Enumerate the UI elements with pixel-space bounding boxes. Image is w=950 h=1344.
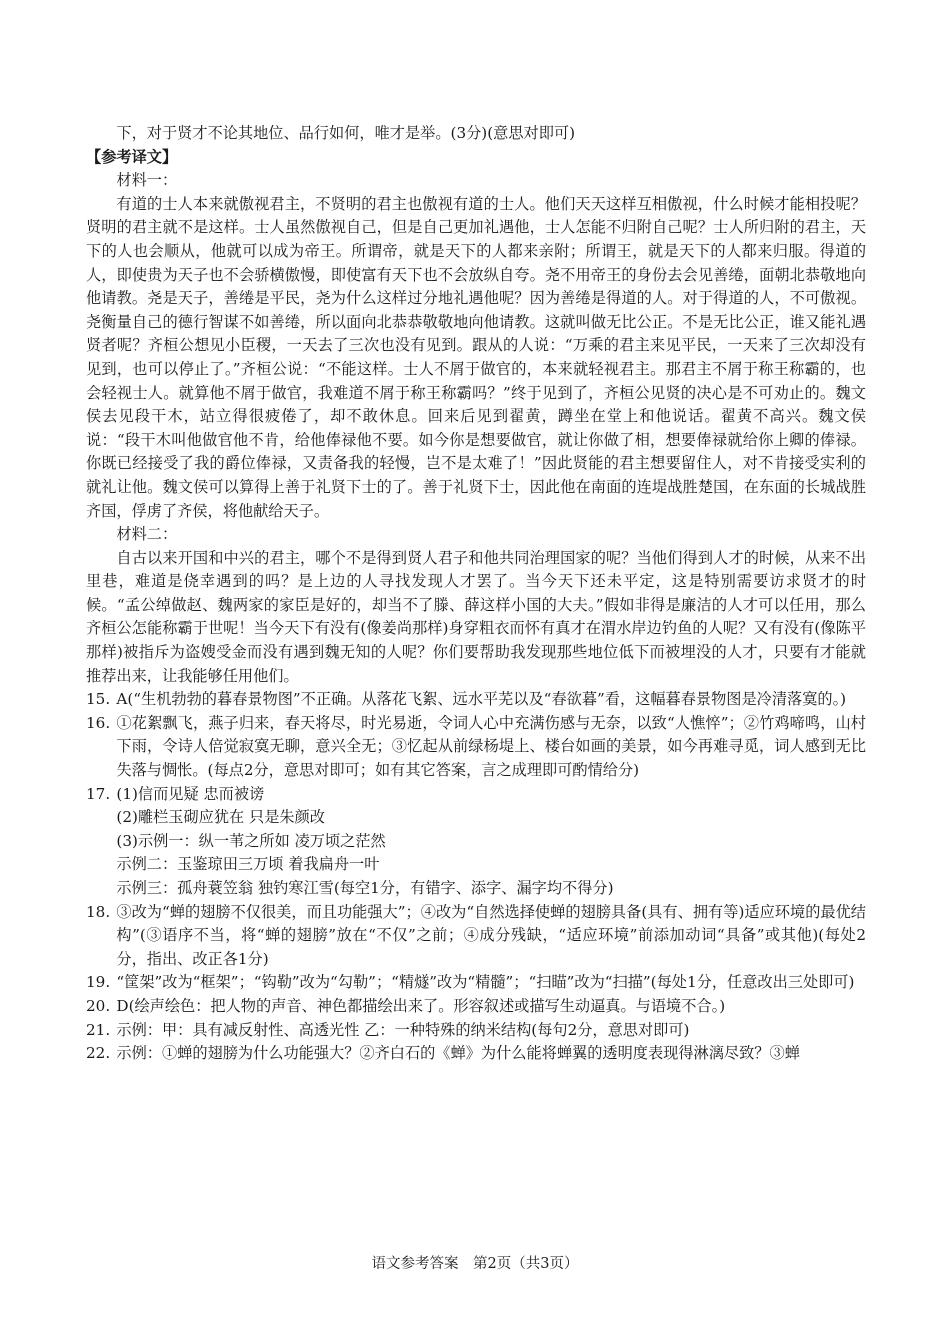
answer-17-example-2: 示例二：玉鉴琼田三万顷 着我扁舟一叶 [86, 853, 866, 877]
page-footer: 语文参考答案 第2页（共3页） [0, 1252, 950, 1273]
answer-22: 22.示例：①蝉的翅膀为什么功能强大？②齐白石的《蝉》为什么能将蝉翼的透明度表现… [86, 1042, 866, 1066]
previous-answer-continuation: 下，对于贤才不论其地位、品行如何，唯才是举。(3分)(意思对即可) [86, 122, 866, 146]
answer-18: 18.③改为“蝉的翅膀不仅很美，而且功能强大”；④改为“自然选择使蝉的翅膀具备(… [86, 901, 866, 972]
answer-text: 示例：①蝉的翅膀为什么功能强大？②齐白石的《蝉》为什么能将蝉翼的透明度表现得淋漓… [116, 1044, 799, 1062]
question-number: 18. [86, 901, 116, 925]
answer-text: ③改为“蝉的翅膀不仅很美，而且功能强大”；④改为“自然选择使蝉的翅膀具备(具有、… [116, 903, 866, 968]
answer-15: 15.A(“生机勃勃的暮春景物图”不正确。从落花飞絮、远水平芜以及“春欲暮”看，… [86, 688, 866, 712]
answer-text: A(“生机勃勃的暮春景物图”不正确。从落花飞絮、远水平芜以及“春欲暮”看，这幅暮… [116, 690, 846, 708]
material-one-text: 有道的士人本来就傲视君主，不贤明的君主也傲视有道的士人。他们天天这样互相傲视，什… [86, 193, 866, 523]
answer-page: 下，对于贤才不论其地位、品行如何，唯才是举。(3分)(意思对即可) 【参考译文】… [86, 122, 866, 1066]
answer-text: “筐架”改为“框架”；“钩勒”改为“勾勒”；“精燧”改为“精髓”；“扫瞄”改为“… [116, 973, 854, 991]
question-number: 16. [86, 712, 116, 736]
question-number: 21. [86, 1019, 116, 1043]
answer-text: (1)信而见疑 忠而被谤 [116, 785, 264, 803]
answer-text: ①花絮飘飞，燕子归来，春天将尽，时光易逝，令词人心中充满伤感与无奈，以致“人憔悴… [116, 714, 866, 779]
answer-17: 17.(1)信而见疑 忠而被谤 [86, 783, 866, 807]
question-number: 20. [86, 995, 116, 1019]
material-two-label: 材料二： [86, 523, 866, 547]
answer-text: 示例：甲：具有减反射性、高透光性 乙：一种特殊的纳米结构(每句2分，意思对即可) [116, 1021, 689, 1039]
material-one-label: 材料一： [86, 169, 866, 193]
question-number: 17. [86, 783, 116, 807]
answer-16: 16.①花絮飘飞，燕子归来，春天将尽，时光易逝，令词人心中充满伤感与无奈，以致“… [86, 712, 866, 783]
answer-17-line-3: (3)示例一：纵一苇之所如 凌万顷之茫然 [86, 830, 866, 854]
answer-text: D(绘声绘色：把人物的声音、神色都描绘出来了。形容叙述或描写生动逼真。与语境不合… [116, 997, 725, 1015]
answer-19: 19.“筐架”改为“框架”；“钩勒”改为“勾勒”；“精燧”改为“精髓”；“扫瞄”… [86, 971, 866, 995]
question-number: 22. [86, 1042, 116, 1066]
answer-20: 20.D(绘声绘色：把人物的声音、神色都描绘出来了。形容叙述或描写生动逼真。与语… [86, 995, 866, 1019]
question-number: 15. [86, 688, 116, 712]
answer-17-line-2: (2)雕栏玉砌应犹在 只是朱颜改 [86, 806, 866, 830]
answer-21: 21.示例：甲：具有减反射性、高透光性 乙：一种特殊的纳米结构(每句2分，意思对… [86, 1019, 866, 1043]
material-two-text: 自古以来开国和中兴的君主，哪个不是得到贤人君子和他共同治理国家的呢？当他们得到人… [86, 547, 866, 689]
section-heading: 【参考译文】 [86, 146, 866, 170]
answer-17-example-3: 示例三：孤舟蓑笠翁 独钓寒江雪(每空1分，有错字、添字、漏字均不得分) [86, 877, 866, 901]
question-number: 19. [86, 971, 116, 995]
